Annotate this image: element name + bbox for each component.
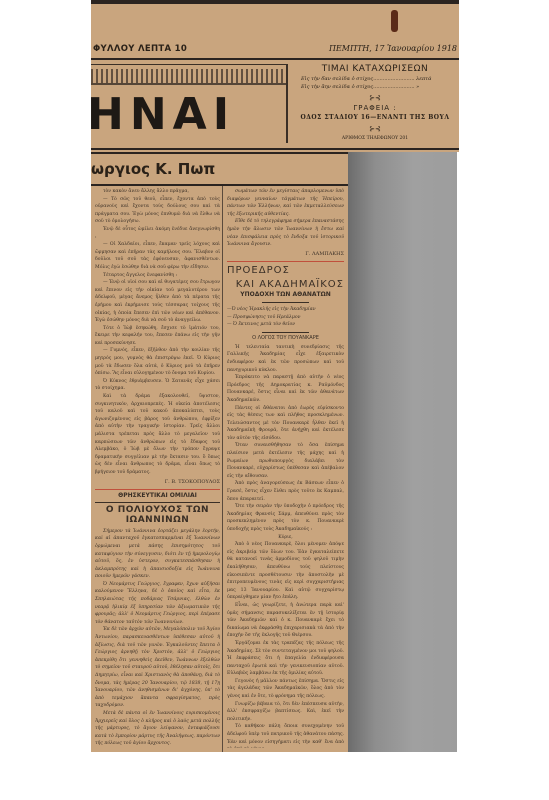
paper-tear <box>391 10 398 32</box>
ornament-frieze-icon <box>91 69 286 85</box>
paragraph: Ὁ Νεομάρτυς Γεώργιος, ἔγραφεν, ἔχων αὐξῆ… <box>95 581 220 627</box>
ads-rate-line-2: Εἰς τὴν ἄην σελίδα ὁ στίχος.............… <box>291 84 459 90</box>
paragraph: — Ἐνῷ οἱ υἱοί σου καὶ αἱ θυγατέρες σου ἔ… <box>95 279 220 325</box>
ornament-icon: ⊱⊰ <box>291 125 459 133</box>
author-bar: ωργιος Κ. Πωπ <box>91 152 348 186</box>
paragraph: Τέταρτος ἄγγελος ἐνεφανίσθη : <box>95 272 220 280</box>
masthead-box: ΗΝΑΙ <box>91 64 288 143</box>
paragraph: Ὁ Κύκνος ἐθριάμβευσεν. Ὁ Σατανᾶς εἶχε χά… <box>95 378 220 393</box>
headline-line-1: ΠΡΟΕΔΡΟΣ <box>227 265 344 277</box>
rule <box>262 302 309 303</box>
article-signature: Γ. ΛΑΜΠΑΚΗΣ <box>227 251 344 259</box>
paragraph: — Οἱ Χαλδαῖοι, εἶπεν, ἔκαμαν τρεῖς λόχου… <box>95 241 220 271</box>
paragraph: Ἀπὸ πρὸς ἀναγορεύσεως ἐκ Βάσεων εἶπεν ὁ … <box>227 480 344 503</box>
paragraph: Πάντες οἱ ἄθάνατοι ἀπὸ ἑωρὸς εὑρίσκοντο … <box>227 405 344 443</box>
column-divider <box>222 186 223 752</box>
paragraph: — Γυμνός, εἶπεν, ἐξῆλθον ἀπὸ τὴν κοιλίαν… <box>95 347 220 377</box>
issue-date: ΠΕΜΠΤΗ, 17 Ἰανουαρίου 1918 <box>329 44 457 53</box>
subheading: — Ὁ ἔκτεινος μετὰ τὸν θεῖον <box>227 321 344 329</box>
subheading: — Προσφώνησις τοῦ Ηρεάλμον <box>227 314 344 322</box>
column-left: τὸν κακὸν ἄνευ ἄλλης ἄλλο πρᾶγμα, — Τὸ σ… <box>95 188 220 748</box>
article-clipping: ωργιος Κ. Πωπ τὸν κακὸν ἄνευ ἄλλης ἄλλο … <box>91 152 348 752</box>
office-address: ΟΔΟΣ ΣΤΑΔΙΟΥ 16—ΕΝΑΝΤΙ ΤΗΣ ΒΟΥΛ <box>291 114 459 121</box>
masthead-bottom-rule <box>91 148 459 150</box>
paragraph: Τὸ καθήκον πάλη ὅποια συνεχομένην τοῦ ἀδ… <box>227 723 344 748</box>
section-label: ΘΡΗΣΚΕΥΤΙΚΑΙ ΟΜΙΛΙΑΙ <box>95 493 220 500</box>
paragraph: Ἐκ δὲ τῶν ἀρχῶν αὐτῶν, Μεγαλόπολιν τοῦ Ἁ… <box>95 626 220 710</box>
section-divider <box>95 489 220 490</box>
paragraph: Εἶναι, ὡς γνωρίζετε, ἡ ἀνώτερα παρὰ καὶ'… <box>227 602 344 640</box>
paragraph: σωμάτων τῶν ἐν μεγίσταις ἀπαρλομενων ὑπὸ… <box>227 188 344 218</box>
folio-rule <box>91 58 459 60</box>
folio-line: ΦΥΛΛΟΥ ΛΕΠΤΑ 10 ΠΕΜΠΤΗ, 17 Ἰανουαρίου 19… <box>91 44 459 56</box>
subheading: —Ὁ νέος Ἡρακλῆς εἰς τὴν Ἀκαδημίαν <box>227 306 344 314</box>
page-top-edge <box>91 0 459 4</box>
headline-line-3: ΥΠΟΔΟΧΗ ΤΩΝ ΑΘΑΝΑΤΩΝ <box>227 292 344 299</box>
telephone-number: ΑΡΙΘΜΟΣ ΤΗΛΕΦΩΝΟΥ 201 <box>291 136 459 141</box>
newspaper-title: ΗΝΑΙ <box>87 93 235 137</box>
paragraph: Σήμερον τὰ Ἰωάννινα ἑορτάζει μεγάλην ἑορ… <box>95 528 220 581</box>
paragraph: Μετὰ δὲ πάντα οἱ ἐν Ἰωαννίνοις ευρισκομέ… <box>95 710 220 748</box>
paragraph: τὸν κακὸν ἄνευ ἄλλης ἄλλο πρᾶγμα, <box>95 188 220 196</box>
speech-title: Ο ΛΟΓΟΣ ΤΟΥ ΠΟΥΑΝΚΑΡΕ <box>227 336 344 342</box>
article-headline: Ο ΠΟΛΙΟΥΧΟΣ ΤΩΝ ΙΩΑΝΝΙΝΩΝ <box>95 502 220 526</box>
paragraph: Γεγονὸς ἡ μᾶλλον πάντως ἐπίσημα. Ὅστις ε… <box>227 678 344 701</box>
masthead-strip: ΦΥΛΛΟΥ ΛΕΠΤΑ 10 ΠΕΜΠΤΗ, 17 Ἰανουαρίου 19… <box>91 0 459 152</box>
ads-rate-line-1: Εἰς τὴν δ̕αν σελίδα ὁ στίχος............… <box>291 76 459 82</box>
scan-shadow-panel <box>348 152 457 752</box>
paragraph: Καὶ τὰ δράμα ἐξακολουθεῖ, ὕψιστον, συγκι… <box>95 393 220 477</box>
headline-line-2: ΚΑΙ ΑΚΑΔΗΜΑΪΚΟΣ <box>227 279 344 291</box>
price-label: ΦΥΛΛΟΥ ΛΕΠΤΑ 10 <box>93 44 187 54</box>
paragraph: Ὅτε τὴν σειρὰν τὴν ὑποδοχὴν ὁ πρόεδρος τ… <box>227 503 344 533</box>
paragraph: Κύριε, <box>227 534 344 542</box>
paragraph: Ἡ τελευταία ταυτικὴ συνεδρίασις τῆς Γαλλ… <box>227 344 344 374</box>
paragraph: Ἐνῷ δὲ οὗτος ὡμίλει ἀκόμη ἐνέδυε ἄνεγνωρ… <box>95 226 220 241</box>
paragraph: Ἐργάζομαι ἐκ τὰς τραπέζας τῆς πόλεως τῆς… <box>227 640 344 678</box>
author-name: ωργιος Κ. Πωπ <box>91 160 215 178</box>
paragraph: — Τὸ σῶς τοῦ θεοῦ, εἶπεν, ἔχοντα ἀπὸ τοὺ… <box>95 196 220 226</box>
paragraph: Ὅταν συναισθήθησαν τὸ ὅσα ἐπίσημα πλαίσι… <box>227 442 344 480</box>
advertising-rates: ΤΙΜΑΙ ΚΑΤΑΧΩΡΙΣΕΩΝ Εἰς τὴν δ̕αν σελίδα ὁ… <box>291 64 459 141</box>
article-signature: Γ. Β. ΤΣΟΚΟΠΟΥΛΟΣ <box>95 479 220 487</box>
ornament-icon: ⊱⊰ <box>291 94 459 102</box>
paragraph: Ἀπὸ ὁ νέος Πουανκαρὲ, ὅλοι μένομεν ἀπόψε… <box>227 541 344 602</box>
paragraph: Εἴθε δὲ τὸ τηλεγράφημα σήμερα ἐπαναστάση… <box>227 218 344 248</box>
offices-label: ΓΡΑΦΕΙΑ : <box>291 104 459 112</box>
section-divider <box>227 261 344 262</box>
paragraph: Τότε ὁ Ἰὼβ ἐσηκώθη, ἔσχισε τὸ ἱμάτιόν το… <box>95 325 220 348</box>
rule <box>262 332 309 333</box>
paragraph: Ἐπρόκειτο νὰ παραστῇ ἀπὸ αὐτὴν ὁ νέος Πρ… <box>227 374 344 404</box>
column-right: σωμάτων τῶν ἐν μεγίσταις ἀπαρλομενων ὑπὸ… <box>227 188 344 748</box>
paragraph: Γνωρίζω βέβαια τὸ, ὅτι δὲν ἐπέσπευσα αὐτ… <box>227 701 344 724</box>
ads-heading: ΤΙΜΑΙ ΚΑΤΑΧΩΡΙΣΕΩΝ <box>291 64 459 74</box>
